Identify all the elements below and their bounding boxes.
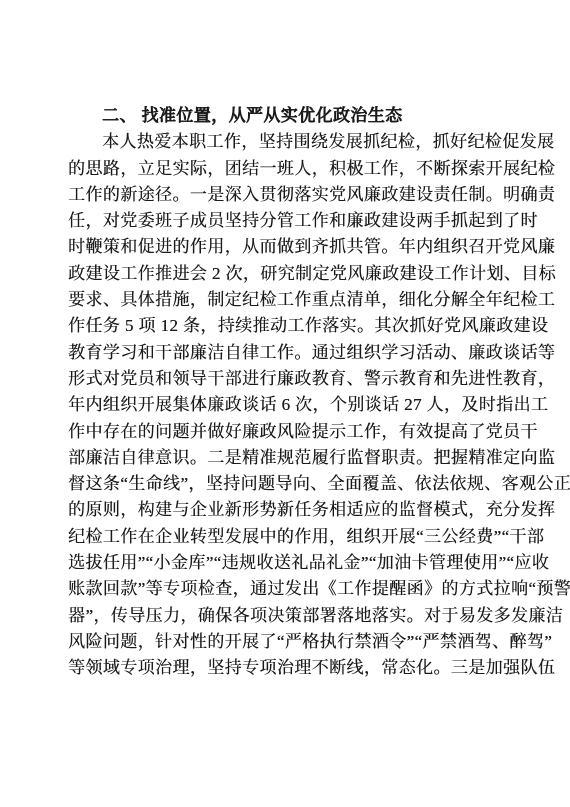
paragraph-line: 纪检工作在企业转型发展中的作用，组织开展“三公经费”“干部 <box>68 524 554 550</box>
paragraph-line: 政建设工作推进会 2 次，研究制定党风廉政建设工作计划、目标 <box>68 261 554 287</box>
paragraph-line: 任，对党委班子成员坚持分管工作和廉政建设两手抓起到了时 <box>68 208 554 234</box>
paragraph-line: 作任务 5 项 12 条，持续推动工作落实。其次抓好党风廉政建设 <box>68 313 554 339</box>
paragraph-line: 督这条“生命线”，坚持问题导向、全面覆盖、依法依规、客观公正 <box>68 471 554 497</box>
paragraph-line: 时鞭策和促进的作用，从而做到齐抓共管。年内组织召开党风廉 <box>68 234 554 260</box>
paragraph-line: 账款回款”等专项检查，通过发出《工作提醒函》的方式拉响“预警 <box>68 576 554 602</box>
document-text-block: 二、 找准位置，从严从实优化政治生态 本人热爱本职工作，坚持围绕发展抓纪检，抓好… <box>68 103 554 682</box>
paragraph-line: 年内组织开展集体廉政谈话 6 次，个别谈话 27 人，及时指出工 <box>68 392 554 418</box>
section-heading: 二、 找准位置，从严从实优化政治生态 <box>68 103 554 129</box>
paragraph-line: 教育学习和干部廉洁自律工作。通过组织学习活动、廉政谈话等 <box>68 340 554 366</box>
paragraph-line: 作中存在的问题并做好廉政风险提示工作，有效提高了党员干 <box>68 419 554 445</box>
paragraph-line: 的思路，立足实际，团结一班人，积极工作，不断探索开展纪检 <box>68 156 554 182</box>
paragraph-line: 的原则，构建与企业新形势新任务相适应的监督模式，充分发挥 <box>68 497 554 523</box>
document-page: 二、 找准位置，从严从实优化政治生态 本人热爱本职工作，坚持围绕发展抓纪检，抓好… <box>0 0 570 807</box>
paragraph-line: 风险问题，针对性的开展了“严格执行禁酒令”“严禁酒驾、醉驾” <box>68 629 554 655</box>
paragraph-line: 选拔任用”“小金库”“违规收送礼品礼金”“加油卡管理使用”“应收 <box>68 550 554 576</box>
paragraph-line: 形式对党员和领导干部进行廉政教育、警示教育和先进性教育， <box>68 366 554 392</box>
paragraph-line: 器”，传导压力，确保各项决策部署落地落实。对于易发多发廉洁 <box>68 603 554 629</box>
paragraph-line: 工作的新途径。一是深入贯彻落实党风廉政建设责任制。明确责 <box>68 182 554 208</box>
paragraph-line: 要求、具体措施，制定纪检工作重点清单，细化分解全年纪检工 <box>68 287 554 313</box>
paragraph-line: 等领域专项治理，坚持专项治理不断线，常态化。三是加强队伍 <box>68 655 554 681</box>
paragraph-line: 本人热爱本职工作，坚持围绕发展抓纪检，抓好纪检促发展 <box>68 129 554 155</box>
paragraph-line: 部廉洁自律意识。二是精准规范履行监督职责。把握精准定向监 <box>68 445 554 471</box>
